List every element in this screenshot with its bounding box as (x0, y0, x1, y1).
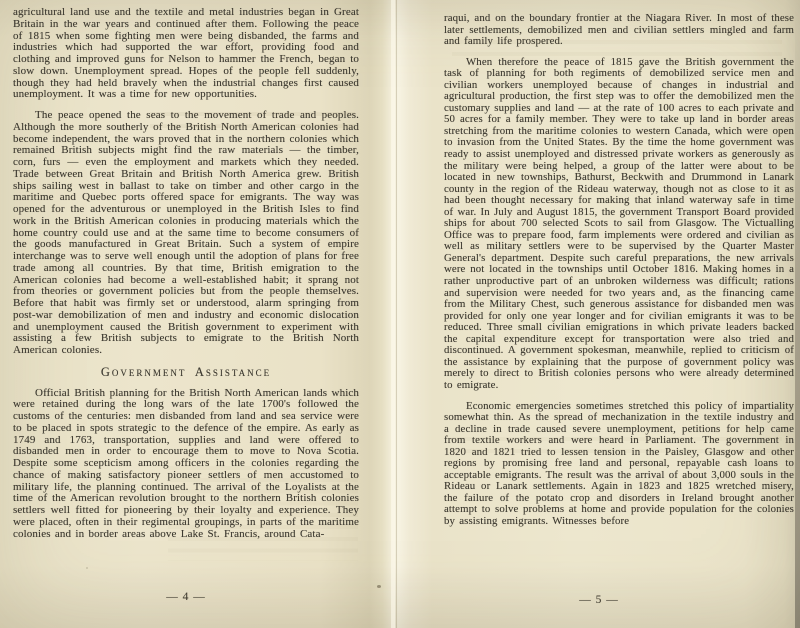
right-paragraph-continuation: raqui, and on the boundary frontier at t… (444, 13, 794, 48)
ink-speck (377, 585, 381, 588)
left-paragraph-continuation: agricultural land use and the textile an… (13, 7, 359, 101)
ink-speck (86, 567, 88, 569)
spine-highlight (391, 0, 395, 628)
ink-speck (557, 146, 559, 148)
book-scan: agricultural land use and the textile an… (0, 0, 800, 628)
left-paragraph-official-planning: Official British planning for the Britis… (13, 388, 359, 541)
page-number-left: — 4 — (13, 591, 359, 603)
page-right: raqui, and on the boundary frontier at t… (444, 13, 794, 528)
photo-edge (795, 0, 800, 628)
left-paragraph-peace: The peace opened the seas to the movemen… (13, 110, 359, 357)
right-paragraph-economic-emergencies: Economic emergencies sometimes stretched… (444, 401, 794, 528)
right-paragraph-peace-1815: When therefore the peace of 1815 gave th… (444, 57, 794, 392)
page-number-right: — 5 — (424, 594, 774, 606)
section-heading-government-assistance: Government Assistance (13, 367, 359, 379)
spine-crease (396, 0, 397, 628)
page-left: agricultural land use and the textile an… (13, 7, 359, 540)
